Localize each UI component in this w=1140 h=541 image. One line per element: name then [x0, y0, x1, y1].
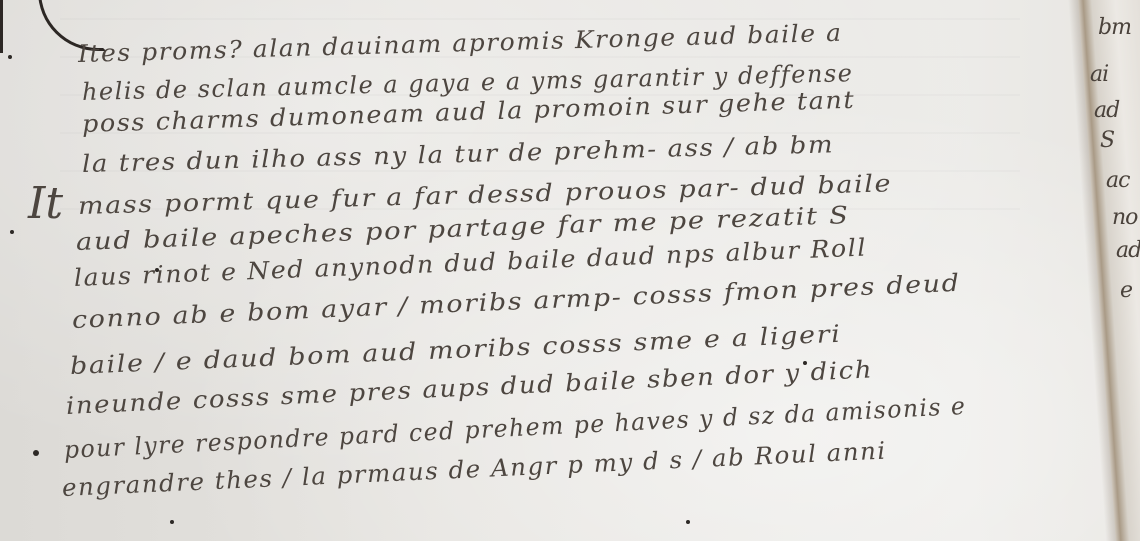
ink-speck	[10, 230, 14, 234]
facing-page-fragment: no	[1112, 205, 1137, 230]
ink-speck	[170, 520, 174, 524]
facing-page-fragment: bm	[1098, 15, 1131, 40]
facing-page-fragment: e	[1120, 278, 1132, 303]
ink-speck	[155, 268, 159, 272]
facing-page-fragment: ac	[1106, 168, 1129, 193]
facing-page-fragment: ad	[1116, 238, 1140, 263]
ink-speck	[686, 520, 690, 524]
facing-page-fragment: S	[1100, 128, 1114, 153]
ink-speck	[33, 450, 39, 456]
facing-page-fragment: ad	[1094, 98, 1119, 123]
manuscript-page: It Ites proms? alan dauinam apromis Kron…	[0, 0, 1140, 541]
margin-item-mark: It	[28, 178, 63, 229]
ink-speck	[803, 361, 807, 365]
ink-speck	[8, 55, 12, 59]
descender-flourish	[0, 0, 20, 53]
facing-page-fragment: ai	[1090, 62, 1108, 87]
